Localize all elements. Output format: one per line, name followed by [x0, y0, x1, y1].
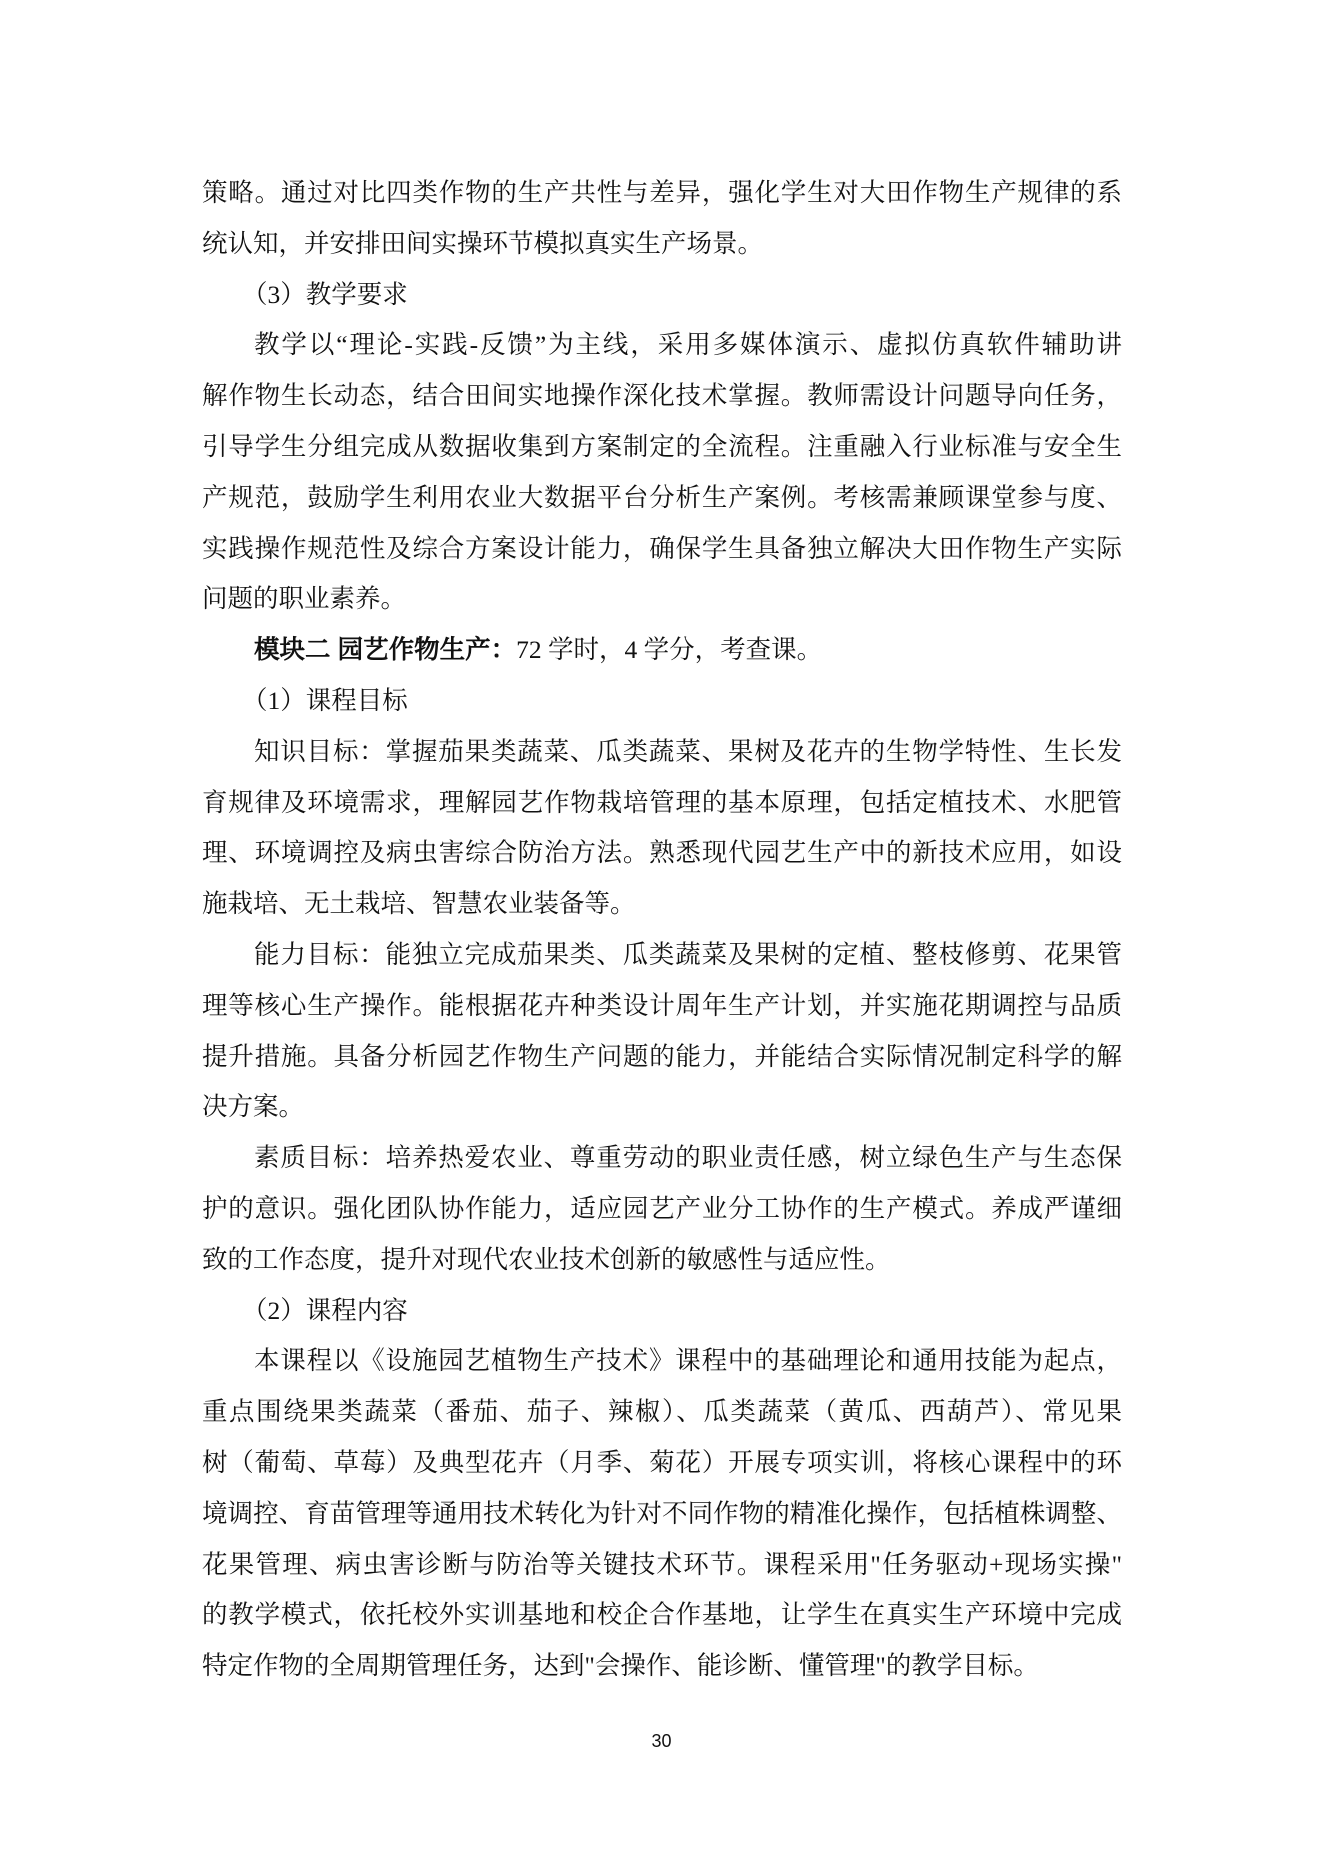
paragraph-line: 知识目标：掌握茄果类蔬菜、瓜类蔬菜、果树及花卉的生物学特性、生长发	[202, 727, 1122, 778]
paragraph-line: 境调控、育苗管理等通用技术转化为针对不同作物的精准化操作，包括植株调整、	[202, 1489, 1122, 1540]
paragraph-line: 育规律及环境需求，理解园艺作物栽培管理的基本原理，包括定植技术、水肥管	[202, 778, 1122, 829]
paragraph-line: 决方案。	[202, 1082, 1122, 1133]
paragraph-line: 解作物生长动态，结合田间实地操作深化技术掌握。教师需设计问题导向任务，	[202, 371, 1122, 422]
module-title: 模块二 园艺作物生产：	[254, 636, 516, 664]
paragraph-line: 护的意识。强化团队协作能力，适应园艺产业分工协作的生产模式。养成严谨细	[202, 1184, 1122, 1235]
paragraph-line: 问题的职业素养。	[202, 574, 1122, 625]
paragraph-line: 致的工作态度，提升对现代农业技术创新的敏感性与适应性。	[202, 1235, 1122, 1286]
section-heading-course-content: （2）课程内容	[202, 1286, 1122, 1337]
section-heading-teaching-requirements: （3）教学要求	[202, 270, 1122, 321]
paragraph-line: 引导学生分组完成从数据收集到方案制定的全流程。注重融入行业标准与安全生	[202, 422, 1122, 473]
paragraph-line: 特定作物的全周期管理任务，达到"会操作、能诊断、懂管理"的教学目标。	[202, 1641, 1122, 1692]
paragraph-line: 理、环境调控及病虫害综合防治方法。熟悉现代园艺生产中的新技术应用，如设	[202, 828, 1122, 879]
paragraph-line: 重点围绕果类蔬菜（番茄、茄子、辣椒）、瓜类蔬菜（黄瓜、西葫芦）、常见果	[202, 1387, 1122, 1438]
module-heading: 模块二 园艺作物生产：72 学时，4 学分，考查课。	[202, 625, 1122, 676]
paragraph-line: 实践操作规范性及综合方案设计能力，确保学生具备独立解决大田作物生产实际	[202, 524, 1122, 575]
paragraph-line: 花果管理、病虫害诊断与防治等关键技术环节。课程采用"任务驱动+现场实操"	[202, 1540, 1122, 1591]
paragraph-line: 提升措施。具备分析园艺作物生产问题的能力，并能结合实际情况制定科学的解	[202, 1032, 1122, 1083]
paragraph-line: 能力目标：能独立完成茄果类、瓜类蔬菜及果树的定植、整枝修剪、花果管	[202, 930, 1122, 981]
paragraph-line: 产规范，鼓励学生利用农业大数据平台分析生产案例。考核需兼顾课堂参与度、	[202, 473, 1122, 524]
paragraph-line: 的教学模式，依托校外实训基地和校企合作基地，让学生在真实生产环境中完成	[202, 1590, 1122, 1641]
section-heading-course-objectives: （1）课程目标	[202, 676, 1122, 727]
module-info: 72 学时，4 学分，考查课。	[516, 635, 822, 664]
page-number: 30	[0, 1731, 1323, 1752]
paragraph-line: 理等核心生产操作。能根据花卉种类设计周年生产计划，并实施花期调控与品质	[202, 981, 1122, 1032]
paragraph-line: 施栽培、无土栽培、智慧农业装备等。	[202, 879, 1122, 930]
paragraph-line: 统认知，并安排田间实操环节模拟真实生产场景。	[202, 219, 1122, 270]
paragraph-line: 策略。通过对比四类作物的生产共性与差异，强化学生对大田作物生产规律的系	[202, 168, 1122, 219]
paragraph-line: 本课程以《设施园艺植物生产技术》课程中的基础理论和通用技能为起点，	[202, 1336, 1122, 1387]
paragraph-line: 素质目标：培养热爱农业、尊重劳动的职业责任感，树立绿色生产与生态保	[202, 1133, 1122, 1184]
document-page: 策略。通过对比四类作物的生产共性与差异，强化学生对大田作物生产规律的系 统认知，…	[0, 0, 1323, 1871]
paragraph-line: 树（葡萄、草莓）及典型花卉（月季、菊花）开展专项实训，将核心课程中的环	[202, 1438, 1122, 1489]
paragraph-line: 教学以“理论-实践-反馈”为主线，采用多媒体演示、虚拟仿真软件辅助讲	[202, 320, 1122, 371]
body-text: 策略。通过对比四类作物的生产共性与差异，强化学生对大田作物生产规律的系 统认知，…	[202, 168, 1122, 1692]
